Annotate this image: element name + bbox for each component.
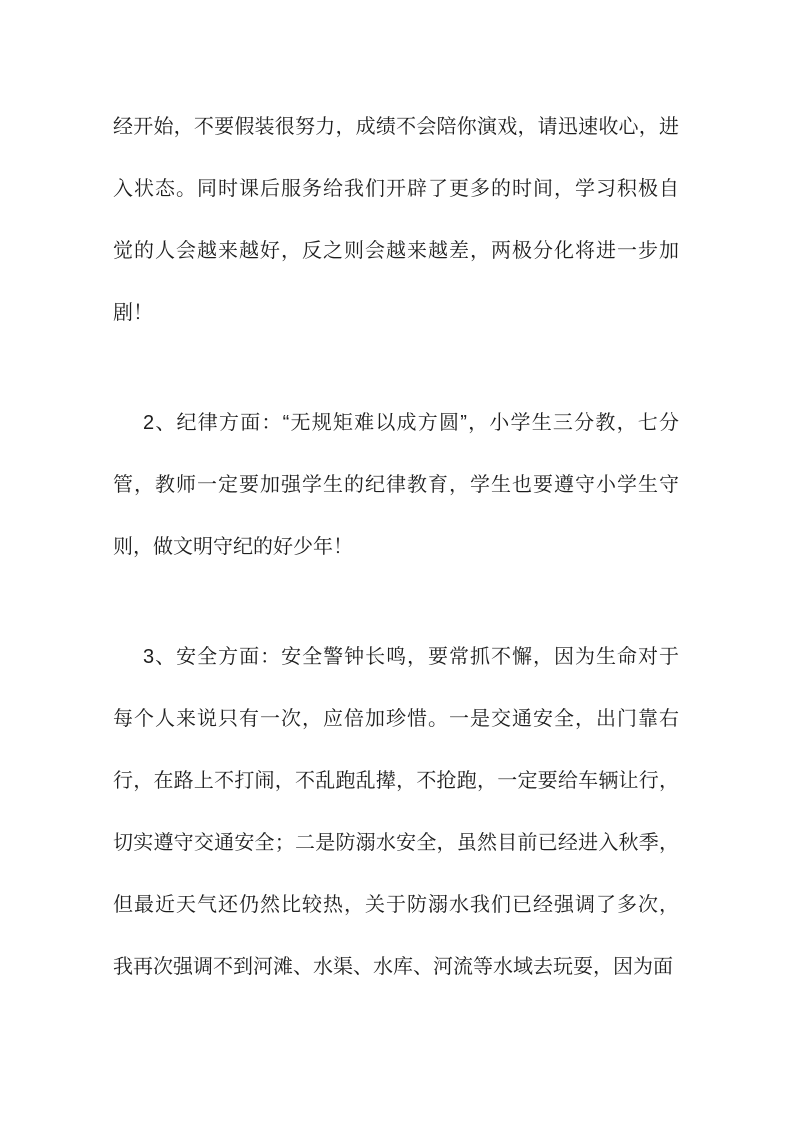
text-line: 入状态。同时课后服务给我们开辟了更多的时间，学习积极自: [113, 158, 679, 220]
text-line: 3、安全方面：安全警钟长鸣，要常抓不懈，因为生命对于: [113, 626, 679, 688]
text-line: 行，在路上不打闹，不乱跑乱撵，不抢跑，一定要给车辆让行，: [113, 750, 679, 812]
document-content: 经开始，不要假装很努力，成绩不会陪你演戏，请迅速收心，进入状态。同时课后服务给我…: [113, 96, 679, 998]
text-line: 每个人来说只有一次，应倍加珍惜。一是交通安全，出门靠右: [113, 688, 679, 750]
text-line: 经开始，不要假装很努力，成绩不会陪你演戏，请迅速收心，进: [113, 96, 679, 158]
text-line: 切实遵守交通安全；二是防溺水安全，虽然目前已经进入秋季，: [113, 812, 679, 874]
text-line: 但最近天气还仍然比较热，关于防溺水我们已经强调了多次，: [113, 874, 679, 936]
text-line: 则，做文明守纪的好少年！: [113, 516, 679, 578]
text-line: 2、纪律方面：“无规矩难以成方圆”，小学生三分教，七分: [113, 392, 679, 454]
paragraph: 经开始，不要假装很努力，成绩不会陪你演戏，请迅速收心，进入状态。同时课后服务给我…: [113, 96, 679, 344]
text-line: 剧！: [113, 282, 679, 344]
text-line: 觉的人会越来越好，反之则会越来越差，两极分化将进一步加: [113, 220, 679, 282]
paragraph: 2、纪律方面：“无规矩难以成方圆”，小学生三分教，七分管，教师一定要加强学生的纪…: [113, 392, 679, 578]
document-page: 经开始，不要假装很努力，成绩不会陪你演戏，请迅速收心，进入状态。同时课后服务给我…: [0, 0, 793, 1122]
paragraph: 3、安全方面：安全警钟长鸣，要常抓不懈，因为生命对于每个人来说只有一次，应倍加珍…: [113, 626, 679, 998]
text-line: 我再次强调不到河滩、水渠、水库、河流等水域去玩耍，因为面: [113, 936, 679, 998]
text-line: 管，教师一定要加强学生的纪律教育，学生也要遵守小学生守: [113, 454, 679, 516]
